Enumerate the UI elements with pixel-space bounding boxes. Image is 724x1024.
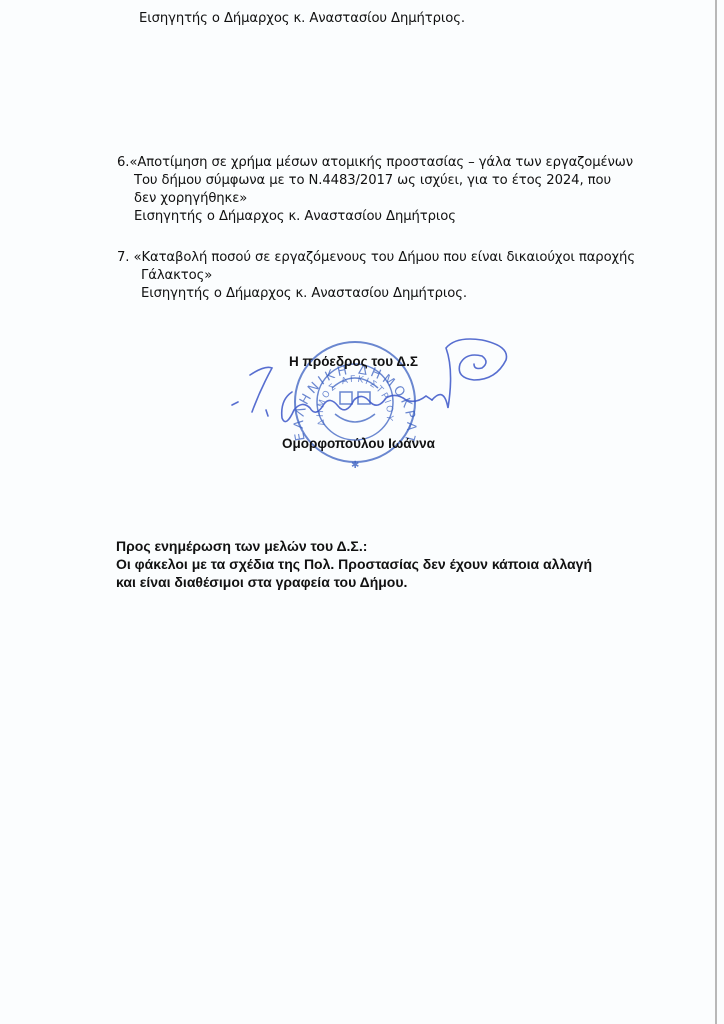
rapporteur-line-top: Εισηγητής ο Δήμαρχος κ. Αναστασίου Δημήτ… <box>139 12 465 25</box>
agenda-item-7-rapporteur: Εισηγητής ο Δήμαρχος κ. Αναστασίου Δημήτ… <box>141 287 467 300</box>
notice-line-1: Οι φάκελοι με τα σχέδια της Πολ. Προστασ… <box>116 557 592 571</box>
notice-heading: Προς ενημέρωση των μελών του Δ.Σ.: <box>116 539 367 553</box>
agenda-item-6-line3: δεν χορηγήθηκε» <box>134 192 247 205</box>
agenda-item-6-line2: Του δήμου σύμφωνα με το Ν.4483/2017 ως ι… <box>134 174 611 187</box>
signature-block: ΕΛΛΗΝΙΚΗ ΔΗΜΟΚΡΑΤΙΑ ΔΗΜΟΣ ΑΓΚΙΣΤΡΙΟΥ ✱ Η… <box>220 330 520 480</box>
svg-text:ΔΗΜΟΣ ΑΓΚΙΣΤΡΙΟΥ: ΔΗΜΟΣ ΑΓΚΙΣΤΡΙΟΥ <box>316 375 394 427</box>
scan-page-edge <box>715 0 717 1024</box>
agenda-item-6-title: 6.«Αποτίμηση σε χρήμα μέσων ατομικής προ… <box>117 156 633 169</box>
svg-text:✱: ✱ <box>351 460 359 471</box>
agenda-item-7-title: 7. «Καταβολή ποσού σε εργαζόμενους του Δ… <box>117 251 635 264</box>
agenda-item-6-rapporteur: Εισηγητής ο Δήμαρχος κ. Αναστασίου Δημήτ… <box>134 210 456 223</box>
notice-line-2: και είναι διαθέσιμοι στα γραφεία του Δήμ… <box>116 575 407 589</box>
signature-name: Ομορφοπούλου Ιωάννα <box>282 436 435 451</box>
agenda-item-7-line2: Γάλακτος» <box>141 269 212 282</box>
official-stamp-icon: ΕΛΛΗΝΙΚΗ ΔΗΜΟΚΡΑΤΙΑ ΔΗΜΟΣ ΑΓΚΙΣΤΡΙΟΥ ✱ <box>220 330 520 480</box>
svg-text:ΕΛΛΗΝΙΚΗ ΔΗΜΟΚΡΑΤΙΑ: ΕΛΛΗΝΙΚΗ ΔΗΜΟΚΡΑΤΙΑ <box>220 330 418 447</box>
signature-title: Η πρόεδρος του Δ.Σ <box>289 354 418 369</box>
